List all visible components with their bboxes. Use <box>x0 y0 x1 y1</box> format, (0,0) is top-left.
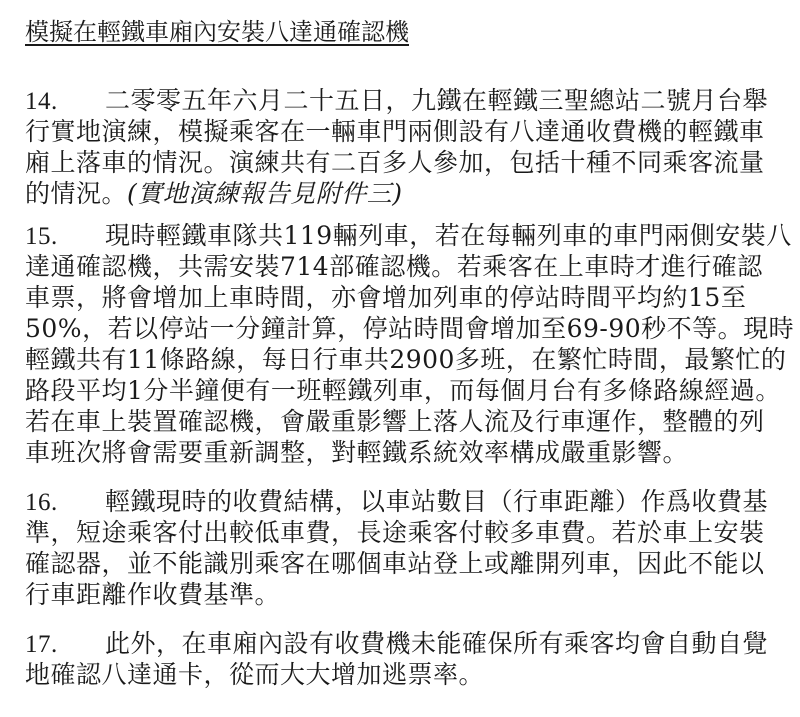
paragraph-line: 確認器，並不能識別乘客在哪個車站登上或離開列車，因此不能以 <box>25 548 785 579</box>
paragraph-line: 行實地演練，模擬乘客在一輛車門兩側設有八達通收費機的輕鐵車 <box>25 116 785 147</box>
paragraph-17: 17.此外，在車廂內設有收費機未能確保所有乘客均會自動自覺 地確認八達通卡，從而… <box>25 628 785 690</box>
paragraph-line: 車班次將會需要重新調整，對輕鐵系統效率構成嚴重影響。 <box>25 437 785 468</box>
paragraph-line: 路段平均1分半鐘便有一班輕鐵列車，而每個月台有多條路線經過。 <box>25 375 785 406</box>
paragraph-line: 15.現時輕鐵車隊共119輛列車，若在每輛列車的車門兩側安裝八 <box>25 220 785 251</box>
paragraph-number: 14. <box>25 86 105 117</box>
paragraph-line: 的情況。(實地演練報告見附件三) <box>25 178 785 209</box>
line-text: 此外，在車廂內設有收費機未能確保所有乘客均會自動自覺 <box>105 629 768 658</box>
line-text: 的情況。 <box>25 179 127 208</box>
paragraph-line: 輕鐵共有11條路線，每日行車共2900多班，在繁忙時間，最繁忙的 <box>25 344 785 375</box>
paragraph-line: 若在車上裝置確認機，會嚴重影響上落人流及行車運作，整體的列 <box>25 406 785 437</box>
paragraph-number: 15. <box>25 221 105 252</box>
appendix-reference: (實地演練報告見附件三) <box>127 179 403 208</box>
line-text: 二零零五年六月二十五日，九鐵在輕鐵三聖總站二號月台舉 <box>105 86 768 115</box>
paragraph-line: 達通確認機，共需安裝714部確認機。若乘客在上車時才進行確認 <box>25 251 785 282</box>
paragraph-line: 準，短途乘客付出較低車費，長途乘客付較多車費。若於車上安裝 <box>25 517 785 548</box>
paragraph-14: 14.二零零五年六月二十五日，九鐵在輕鐵三聖總站二號月台舉 行實地演練，模擬乘客… <box>25 85 785 209</box>
paragraph-15: 15.現時輕鐵車隊共119輛列車，若在每輛列車的車門兩側安裝八 達通確認機，共需… <box>25 220 785 468</box>
paragraph-number: 16. <box>25 487 105 518</box>
paragraph-line: 地確認八達通卡，從而大大增加逃票率。 <box>25 659 785 690</box>
paragraph-line: 車票，將會增加上車時間，亦會增加列車的停站時間平均約15至 <box>25 282 785 313</box>
section-title: 模擬在輕鐵車廂內安裝八達通確認機 <box>25 16 409 48</box>
paragraph-line: 廂上落車的情況。演練共有二百多人參加，包括十種不同乘客流量 <box>25 147 785 178</box>
line-text: 輕鐵現時的收費結構，以車站數目（行車距離）作爲收費基 <box>105 487 768 516</box>
paragraph-line: 17.此外，在車廂內設有收費機未能確保所有乘客均會自動自覺 <box>25 628 785 659</box>
paragraph-line: 50%，若以停站一分鐘計算，停站時間會增加至69-90秒不等。現時 <box>25 313 785 344</box>
line-text: 現時輕鐵車隊共119輛列車，若在每輛列車的車門兩側安裝八 <box>105 221 792 250</box>
paragraph-number: 17. <box>25 629 105 660</box>
paragraph-line: 行車距離作收費基準。 <box>25 579 785 610</box>
paragraph-line: 16.輕鐵現時的收費結構，以車站數目（行車距離）作爲收費基 <box>25 486 785 517</box>
paragraph-line: 14.二零零五年六月二十五日，九鐵在輕鐵三聖總站二號月台舉 <box>25 85 785 116</box>
paragraph-16: 16.輕鐵現時的收費結構，以車站數目（行車距離）作爲收費基 準，短途乘客付出較低… <box>25 486 785 610</box>
